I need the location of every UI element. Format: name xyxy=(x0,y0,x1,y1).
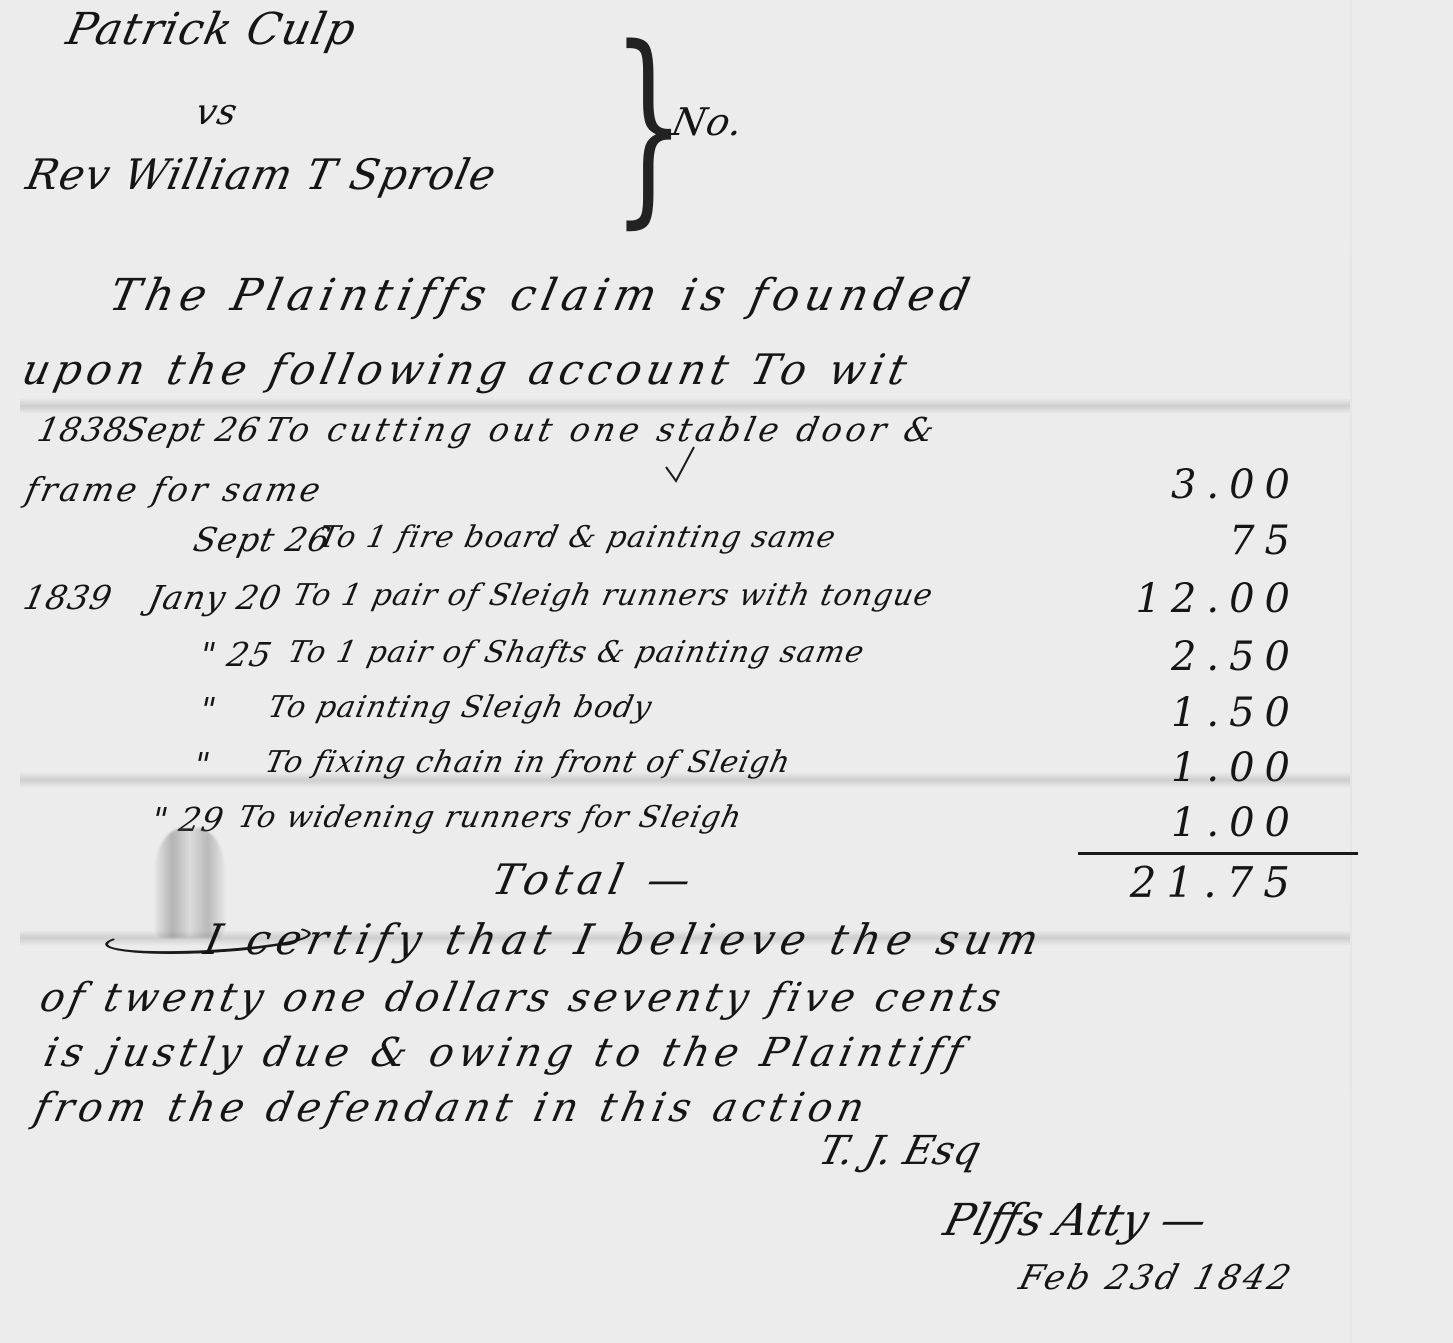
versus-label: vs xyxy=(192,92,242,133)
entry-date: " xyxy=(196,690,220,729)
certification-line-3: is justly due & owing to the Plaintiff xyxy=(40,1030,972,1076)
entry-amount: 1.50 xyxy=(1080,690,1300,736)
certification-line-2: of twenty one dollars seventy five cents xyxy=(36,975,1009,1021)
scan-edge xyxy=(1350,0,1352,1343)
entry-description-cont: frame for same xyxy=(22,470,327,509)
certification-line-1: I certify that I believe the sum xyxy=(200,915,1049,964)
entry-amount: 2.50 xyxy=(1080,634,1300,680)
attorney-name: T. J. Esq xyxy=(814,1128,985,1174)
plaintiff-name: Patrick Culp xyxy=(62,4,361,55)
entry-date: Sept 26 xyxy=(120,410,264,449)
total-label: Total — xyxy=(488,855,701,904)
defendant-name: Rev William T Sprole xyxy=(22,150,501,199)
total-rule xyxy=(1078,852,1358,855)
entry-description: To 1 fire board & painting same xyxy=(315,520,839,555)
attorney-title: Plffs Atty — xyxy=(939,1195,1212,1246)
entry-year: 1839 xyxy=(20,578,116,617)
entry-amount: 75 xyxy=(1080,518,1300,564)
entry-amount: 12.00 xyxy=(1080,576,1300,622)
case-number-label: No. xyxy=(668,100,748,144)
document-page: Patrick Culp vs Rev William T Sprole } N… xyxy=(0,0,1453,1343)
entry-date: Sept 26 xyxy=(190,520,334,559)
insertion-mark-icon xyxy=(660,445,700,485)
entry-amount: 1.00 xyxy=(1080,745,1300,791)
entry-description: To 1 pair of Shafts & painting same xyxy=(285,635,868,670)
entry-year: 1838 xyxy=(34,410,130,449)
entry-date: Jany 20 xyxy=(145,578,286,617)
entry-description: To cutting out one stable door & xyxy=(262,410,942,449)
entry-amount: 3.00 xyxy=(1080,462,1300,508)
entry-date: " 25 xyxy=(196,635,276,674)
intro-line-2: upon the following account To wit xyxy=(18,345,916,394)
signature-date: Feb 23d 1842 xyxy=(1015,1258,1298,1298)
entry-description: To fixing chain in front of Sleigh xyxy=(262,745,794,780)
intro-line-1: The Plaintiffs claim is founded xyxy=(105,270,980,321)
certification-line-4: from the defendant in this action xyxy=(30,1085,873,1131)
entry-description: To 1 pair of Sleigh runners with tongue xyxy=(290,578,936,613)
total-amount: 21.75 xyxy=(1080,858,1300,907)
entry-amount: 1.00 xyxy=(1080,800,1300,846)
entry-description: To widening runners for Sleigh xyxy=(235,800,745,835)
entry-description: To painting Sleigh body xyxy=(265,690,655,725)
